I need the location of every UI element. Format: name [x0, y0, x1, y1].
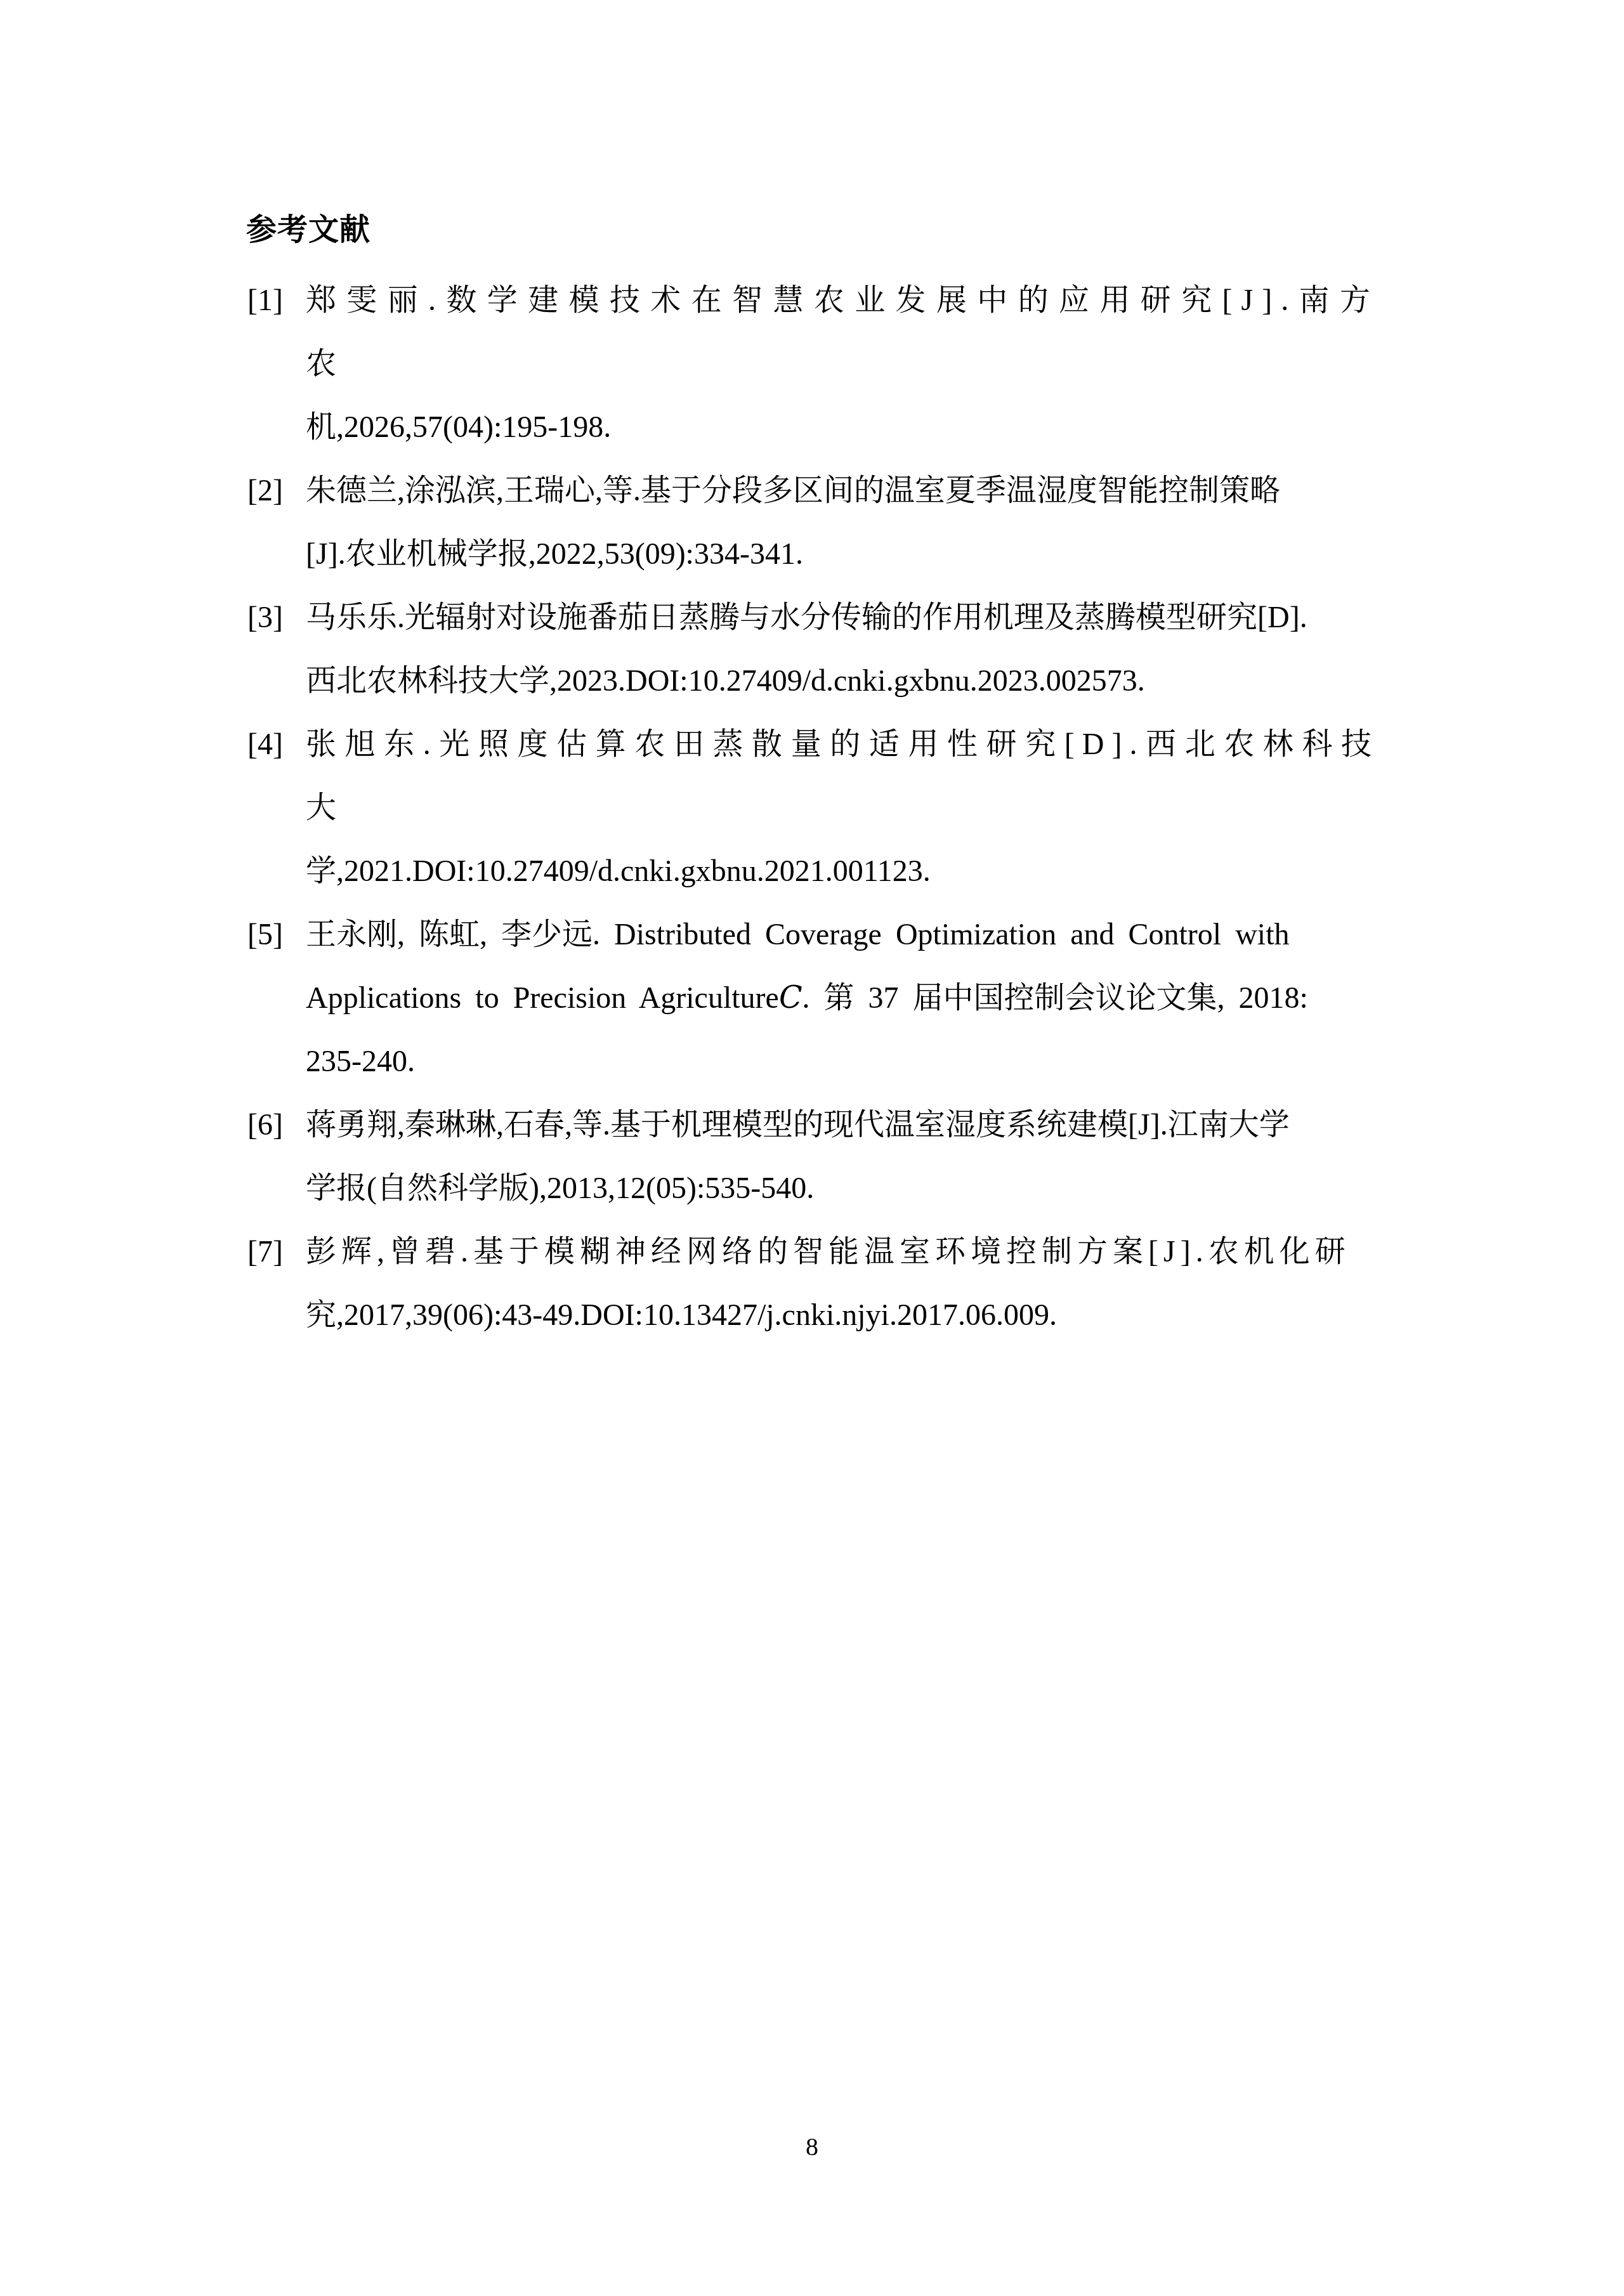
reference-text-line-2: 究,2017,39(06):43-49.DOI:10.13427/j.cnki.…	[306, 1284, 1379, 1347]
reference-item-7: [7] 彭辉,曾碧.基于模糊神经网络的智能温室环境控制方案[J].农机化研 究,…	[246, 1220, 1379, 1347]
reference-text-line-1: 蒋勇翔,秦琳琳,石春,等.基于机理模型的现代温室湿度系统建模[J].江南大学	[306, 1093, 1379, 1157]
reference-text-line-1: 郑雯丽.数学建模技术在智慧农业发展中的应用研究[J].南方农	[306, 269, 1379, 396]
page-number: 8	[0, 2131, 1624, 2163]
reference-list: [1] 郑雯丽.数学建模技术在智慧农业发展中的应用研究[J].南方农 机,202…	[246, 269, 1379, 1347]
reference-number: [4]	[247, 713, 283, 776]
reference-text-line-2: Applications to Precision Agriculture𝐶. …	[306, 967, 1379, 1030]
reference-item-5: [5] 王永刚, 陈虹, 李少远. Distributed Coverage O…	[246, 903, 1379, 1093]
reference-text-line-2: 学,2021.DOI:10.27409/d.cnki.gxbnu.2021.00…	[306, 840, 1379, 903]
reference-item-2: [2] 朱德兰,涂泓滨,王瑞心,等.基于分段多区间的温室夏季温湿度智能控制策略 …	[246, 459, 1379, 586]
reference-text-line-1: 朱德兰,涂泓滨,王瑞心,等.基于分段多区间的温室夏季温湿度智能控制策略	[306, 459, 1379, 523]
reference-text-line-1: 王永刚, 陈虹, 李少远. Distributed Coverage Optim…	[306, 903, 1379, 967]
reference-number: [7]	[247, 1220, 283, 1284]
reference-item-3: [3] 马乐乐.光辐射对设施番茄日蒸腾与水分传输的作用机理及蒸腾模型研究[D].…	[246, 586, 1379, 713]
reference-text-line-2: 机,2026,57(04):195-198.	[306, 396, 1379, 459]
reference-item-6: [6] 蒋勇翔,秦琳琳,石春,等.基于机理模型的现代温室湿度系统建模[J].江南…	[246, 1093, 1379, 1220]
reference-text-line-2: [J].农业机械学报,2022,53(09):334-341.	[306, 523, 1379, 586]
reference-number: [2]	[247, 459, 283, 523]
reference-number: [6]	[247, 1093, 283, 1157]
reference-item-4: [4] 张旭东.光照度估算农田蒸散量的适用性研究[D].西北农林科技大 学,20…	[246, 713, 1379, 903]
reference-text-line-1: 彭辉,曾碧.基于模糊神经网络的智能温室环境控制方案[J].农机化研	[306, 1220, 1379, 1284]
reference-text-line-2: 西北农林科技大学,2023.DOI:10.27409/d.cnki.gxbnu.…	[306, 649, 1379, 713]
reference-number: [1]	[247, 269, 283, 332]
reference-text-line-1: 张旭东.光照度估算农田蒸散量的适用性研究[D].西北农林科技大	[306, 713, 1379, 840]
reference-number: [5]	[247, 903, 283, 967]
reference-item-1: [1] 郑雯丽.数学建模技术在智慧农业发展中的应用研究[J].南方农 机,202…	[246, 269, 1379, 459]
reference-text-line-2: 学报(自然科学版),2013,12(05):535-540.	[306, 1157, 1379, 1220]
reference-number: [3]	[247, 586, 283, 649]
reference-text-line-1: 马乐乐.光辐射对设施番茄日蒸腾与水分传输的作用机理及蒸腾模型研究[D].	[306, 586, 1379, 649]
section-title: 参考文献	[246, 211, 370, 249]
document-page: 参考文献 [1] 郑雯丽.数学建模技术在智慧农业发展中的应用研究[J].南方农 …	[0, 0, 1624, 2296]
reference-text-line-3: 235-240.	[306, 1030, 1379, 1093]
